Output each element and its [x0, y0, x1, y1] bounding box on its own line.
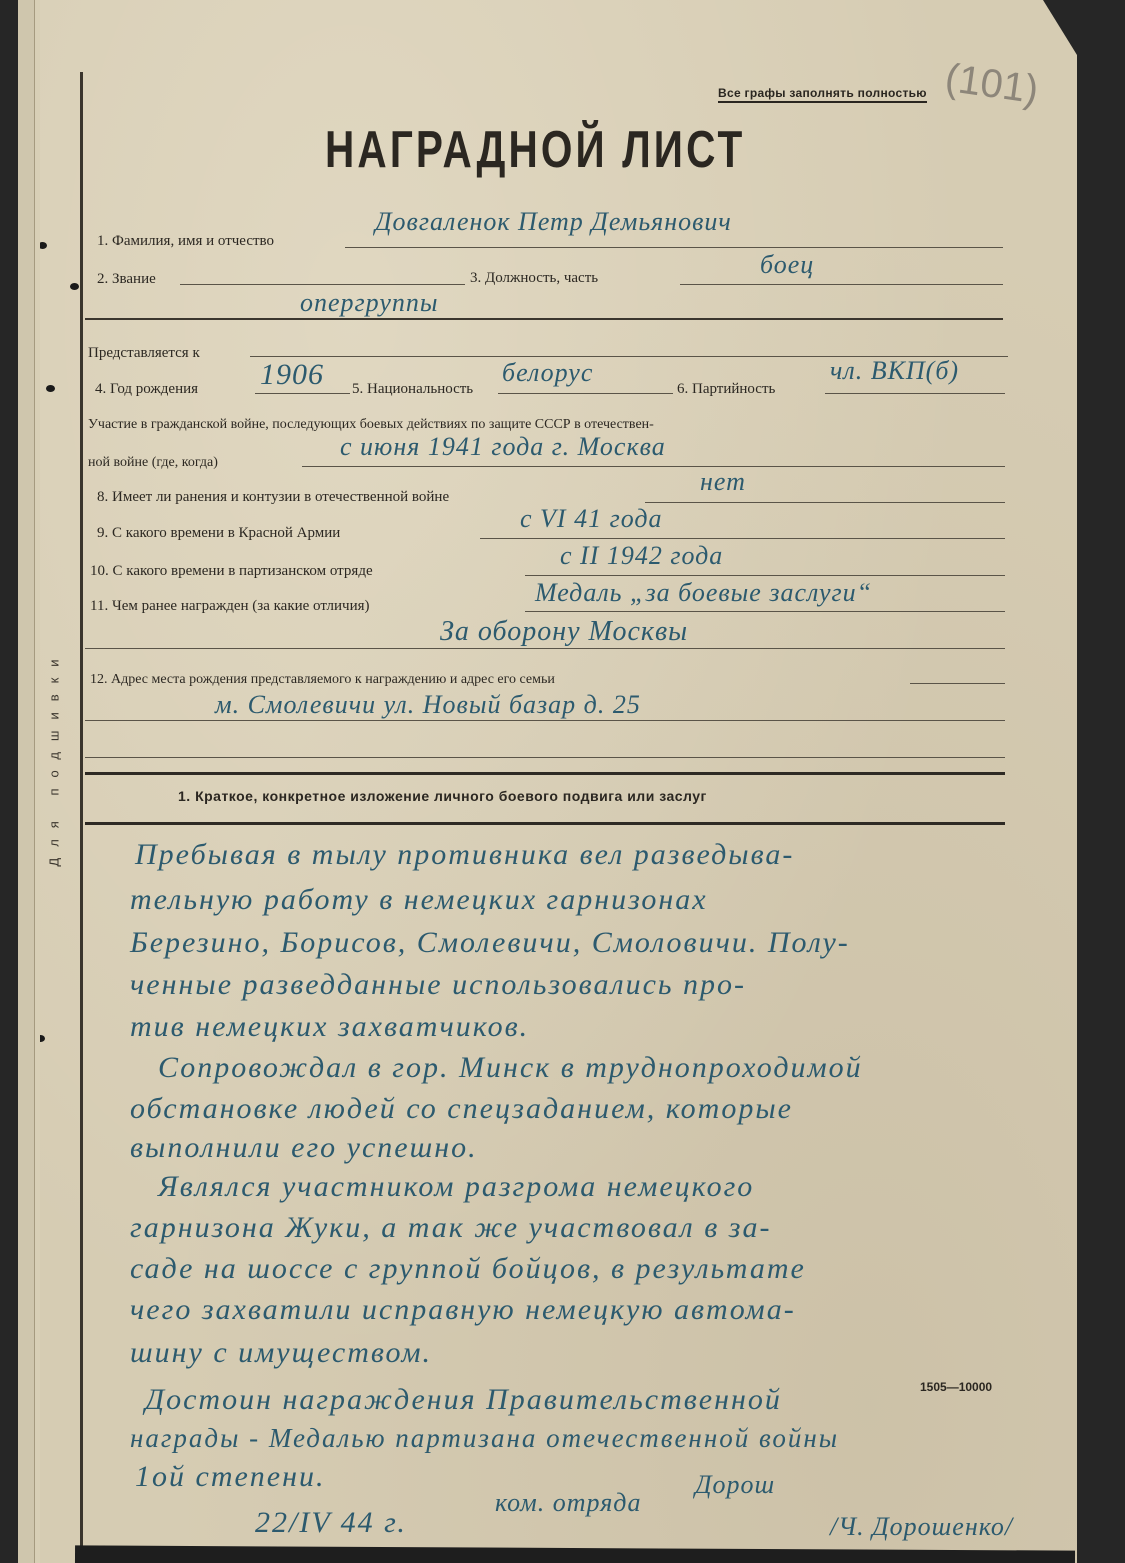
blank-line — [85, 757, 1005, 758]
field-1-line — [345, 247, 1003, 248]
narrative-line: саде на шоссе с группой бойцов, в резуль… — [130, 1254, 806, 1284]
field-6-value: чл. ВКП(б) — [830, 356, 959, 386]
field-4-value: 1906 — [260, 358, 324, 392]
field-11-value-continued: За оборону Москвы — [440, 616, 688, 648]
field-7-line — [302, 466, 1005, 467]
field-2-line — [180, 284, 465, 285]
field-11-value: Медаль „за боевые заслуги“ — [535, 578, 872, 608]
field-12-label: 12. Адрес места рождения представляемого… — [90, 672, 555, 688]
narrative-line: Березино, Борисов, Смолевичи, Смоловичи.… — [130, 928, 850, 958]
field-3-value: боец — [760, 250, 814, 280]
document-title: НАГРАДНОЙ ЛИСТ — [325, 120, 745, 180]
print-code: 1505—10000 — [920, 1380, 992, 1394]
narrative-line: Сопровождал в гор. Минск в труднопроходи… — [158, 1053, 863, 1083]
binding-margin-line — [80, 72, 83, 1552]
field-12-line — [910, 683, 1005, 684]
field-3-continuation-line — [85, 318, 1003, 320]
field-8-value: нет — [700, 467, 746, 497]
narrative-line: ченные разведданные использовались про- — [130, 970, 746, 1000]
narrative-line: 1ой степени. — [135, 1462, 326, 1492]
binding-margin-label: Для подшивки — [47, 538, 62, 978]
narrative-line: Достоин награждения Правительственной — [145, 1385, 782, 1415]
field-11-continuation-line — [85, 648, 1005, 649]
section-divider-bottom — [85, 822, 1005, 825]
staple-hole — [46, 385, 55, 392]
field-6-line — [825, 393, 1005, 394]
pencil-sheet-number: (101) — [942, 56, 1041, 114]
date: 22/IV 44 г. — [255, 1508, 407, 1538]
field-12-continuation-line — [85, 720, 1005, 721]
narrative-line: тив немецких захватчиков. — [130, 1012, 529, 1042]
narrative-line: выполнили его успешно. — [130, 1133, 478, 1163]
field-12-value: м. Смолевичи ул. Новый базар д. 25 — [215, 690, 641, 720]
award-sheet-page: Для подшивки Все графы заполнять полност… — [40, 0, 1077, 1563]
section-1-heading: 1. Краткое, конкретное изложение личного… — [178, 788, 707, 804]
field-8-line — [645, 502, 1005, 503]
field-7-label-line2: ной войне (где, когда) — [88, 455, 218, 471]
field-6-label: 6. Партийность — [677, 381, 775, 398]
field-9-label: 9. С какого времени в Красной Армии — [97, 525, 340, 542]
narrative-line: награды - Медалью партизана отечественно… — [130, 1425, 839, 1452]
field-5-line — [498, 393, 673, 394]
field-4-line — [255, 393, 350, 394]
field-11-line — [525, 611, 1005, 612]
staple-hole — [70, 283, 79, 290]
narrative-line: гарнизона Жуки, а так же участвовал в за… — [130, 1213, 771, 1243]
narrative-line: обстановке людей со спецзаданием, которы… — [130, 1094, 793, 1124]
section-divider-top — [85, 772, 1005, 775]
field-3-value-continued: опергруппы — [300, 288, 439, 318]
field-1-label: 1. Фамилия, имя и отчество — [97, 233, 274, 250]
narrative-line: Являлся участником разгрома немецкого — [158, 1172, 754, 1202]
field-7-label-line1: Участие в гражданской войне, последующих… — [88, 417, 654, 433]
fill-all-fields-note: Все графы заполнять полностью — [718, 86, 927, 103]
field-7-value: с июня 1941 года г. Москва — [340, 432, 666, 462]
field-10-line — [525, 575, 1005, 576]
signature-title: ком. отряда — [495, 1488, 641, 1518]
field-11-label: 11. Чем ранее награжден (за какие отличи… — [90, 598, 370, 615]
field-1-value: Довгаленок Петр Демьянович — [375, 207, 732, 237]
narrative-line: Пребывая в тылу противника вел разведыва… — [135, 840, 794, 870]
field-10-label: 10. С какого времени в партизанском отря… — [90, 563, 373, 580]
presented-for-label: Представляется к — [88, 345, 200, 362]
field-5-value: белорус — [502, 358, 593, 388]
narrative-line: тельную работу в немецких гарнизонах — [130, 885, 708, 915]
field-9-value: с VI 41 года — [520, 504, 663, 534]
signature-name: /Ч. Дорошенко/ — [830, 1512, 1013, 1542]
signature-scrawl: Дорош — [695, 1470, 775, 1500]
field-10-value: с II 1942 года — [560, 541, 723, 571]
field-8-label: 8. Имеет ли ранения и контузии в отечест… — [97, 489, 449, 506]
field-5-label: 5. Национальность — [352, 381, 473, 398]
field-9-line — [480, 538, 1005, 539]
field-3-line — [680, 284, 1003, 285]
field-4-label: 4. Год рождения — [95, 381, 198, 398]
field-2-label: 2. Звание — [97, 271, 156, 288]
narrative-line: чего захватили исправную немецкую автома… — [130, 1295, 796, 1325]
narrative-line: шину с имуществом. — [130, 1338, 432, 1368]
field-3-label: 3. Должность, часть — [470, 270, 598, 287]
